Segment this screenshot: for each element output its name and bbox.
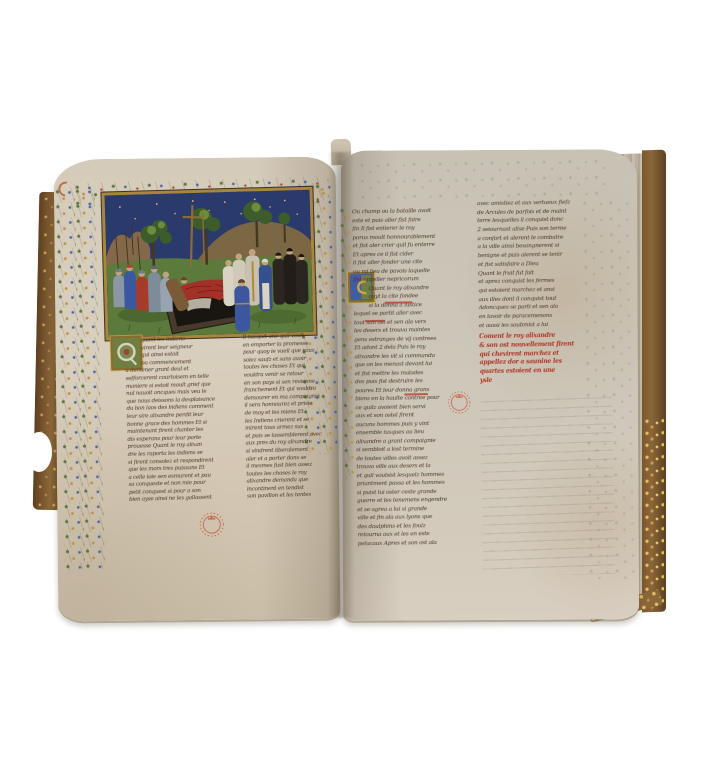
left-page-column-2: Il nasquit une quil voulten emporter la … <box>243 332 340 502</box>
photo-of-open-manuscript: Q quant les indiensvirent leur seigneurq… <box>0 0 710 780</box>
right-page-column-2: avec amistiez et aux vertueux fiefzde Ar… <box>477 198 609 331</box>
library-stamp-right <box>446 388 472 414</box>
ivy-border-left <box>54 187 105 570</box>
right-page-content: C Ou champ ou la bataille avoiteste et p… <box>338 147 642 622</box>
text-line: bien ayse ainsi ne les gallassent <box>129 494 237 505</box>
miniature-burial-scene <box>101 187 316 341</box>
right-cover-gilt-edge <box>642 150 666 613</box>
gauffered-gold-edge <box>644 418 664 611</box>
text-line: son pavillon et les tentes <box>247 492 339 502</box>
chapter-rubric: Coment le roy alixandre& son ost nouvell… <box>479 331 610 386</box>
library-stamp-left <box>197 509 226 538</box>
right-page-column-1: Ou champ ou la bataille avoiteste et pui… <box>352 206 480 548</box>
burial-scene-art <box>105 190 314 338</box>
cover-clasp-notch <box>26 432 52 472</box>
showthrough-text <box>480 396 615 576</box>
red-underline-mark <box>365 320 385 322</box>
showthrough-border-top <box>358 156 609 200</box>
left-page-column-1: quant les indiensvirent leur seigneurqui… <box>125 335 238 505</box>
left-page-content: Q quant les indiensvirent leur seigneurq… <box>50 154 345 624</box>
text-line: pelucaux Apres et son ost ala <box>358 538 480 549</box>
